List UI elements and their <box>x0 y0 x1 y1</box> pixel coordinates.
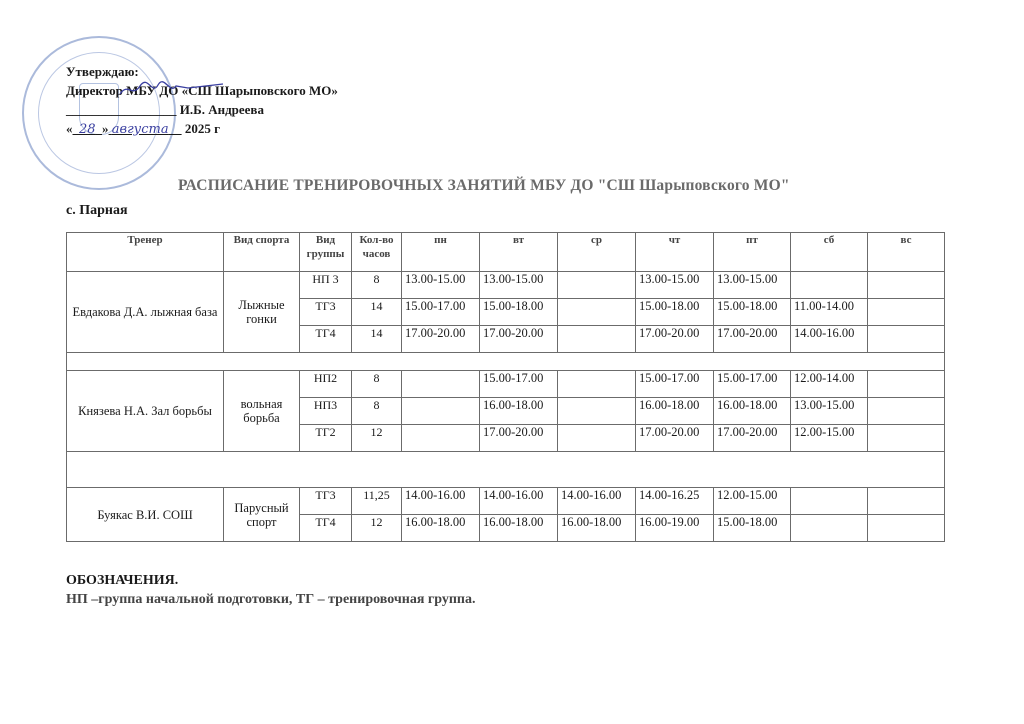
schedule-time-cell <box>868 398 945 425</box>
hours-cell: 12 <box>352 425 402 452</box>
schedule-time-cell <box>558 398 636 425</box>
schedule-time-cell: 12.00-15.00 <box>714 488 791 515</box>
column-header: Кол-во часов <box>352 233 402 272</box>
schedule-time-cell: 17.00-20.00 <box>714 425 791 452</box>
schedule-time-cell <box>558 299 636 326</box>
column-header: чт <box>636 233 714 272</box>
column-header: вт <box>480 233 558 272</box>
group-cell: НП2 <box>300 371 352 398</box>
schedule-time-cell: 13.00-15.00 <box>714 272 791 299</box>
group-cell: НП3 <box>300 398 352 425</box>
schedule-time-cell <box>558 326 636 353</box>
legend-text: НП –группа начальной подготовки, ТГ – тр… <box>66 590 476 609</box>
schedule-time-cell: 17.00-20.00 <box>636 326 714 353</box>
schedule-time-cell: 13.00-15.00 <box>636 272 714 299</box>
hours-cell: 8 <box>352 371 402 398</box>
group-cell: ТГ4 <box>300 515 352 542</box>
schedule-time-cell <box>868 488 945 515</box>
schedule-time-cell: 15.00-17.00 <box>714 371 791 398</box>
spacer-row <box>67 452 945 488</box>
coach-cell: Буякас В.И. СОШ <box>67 488 224 542</box>
schedule-time-cell: 16.00-18.00 <box>480 515 558 542</box>
spacer-cell <box>67 353 945 371</box>
schedule-time-cell <box>558 425 636 452</box>
schedule-time-cell <box>791 488 868 515</box>
table-row: Князева Н.А. Зал борьбывольная борьбаНП2… <box>67 371 945 398</box>
schedule-time-cell: 17.00-20.00 <box>402 326 480 353</box>
date-day: 28 <box>79 122 96 137</box>
column-header: пн <box>402 233 480 272</box>
hours-cell: 14 <box>352 326 402 353</box>
date-month: августа <box>112 122 169 137</box>
hours-cell: 11,25 <box>352 488 402 515</box>
column-header: вс <box>868 233 945 272</box>
location-label: с. Парная <box>66 203 128 219</box>
schedule-time-cell: 15.00-18.00 <box>714 515 791 542</box>
sport-cell: Парусный спорт <box>224 488 300 542</box>
spacer-row <box>67 353 945 371</box>
legend-heading: ОБОЗНАЧЕНИЯ. <box>66 571 476 590</box>
schedule-time-cell <box>868 425 945 452</box>
group-cell: ТГ4 <box>300 326 352 353</box>
schedule-time-cell: 16.00-18.00 <box>480 398 558 425</box>
schedule-time-cell: 11.00-14.00 <box>791 299 868 326</box>
coach-cell: Князева Н.А. Зал борьбы <box>67 371 224 452</box>
schedule-time-cell: 16.00-18.00 <box>558 515 636 542</box>
group-cell: ТГ3 <box>300 299 352 326</box>
sport-cell: вольная борьба <box>224 371 300 452</box>
schedule-table: ТренерВид спортаВид группыКол-во часовпн… <box>66 232 945 542</box>
schedule-time-cell <box>791 515 868 542</box>
schedule-time-cell: 15.00-17.00 <box>402 299 480 326</box>
schedule-time-cell: 13.00-15.00 <box>402 272 480 299</box>
table-row: Буякас В.И. СОШПарусный спортТГ311,2514.… <box>67 488 945 515</box>
column-header: Тренер <box>67 233 224 272</box>
schedule-time-cell: 15.00-17.00 <box>480 371 558 398</box>
schedule-time-cell: 14.00-16.00 <box>480 488 558 515</box>
column-header: ср <box>558 233 636 272</box>
schedule-time-cell: 12.00-15.00 <box>791 425 868 452</box>
director-signature-line: _________________ И.Б. Андреева <box>66 100 338 119</box>
schedule-time-cell: 16.00-18.00 <box>714 398 791 425</box>
table-header-row: ТренерВид спортаВид группыКол-во часовпн… <box>67 233 945 272</box>
coach-cell: Евдакова Д.А. лыжная база <box>67 272 224 353</box>
schedule-time-cell <box>868 371 945 398</box>
schedule-time-cell: 16.00-18.00 <box>402 515 480 542</box>
schedule-time-cell <box>558 272 636 299</box>
column-header: Вид группы <box>300 233 352 272</box>
table-row: Евдакова Д.А. лыжная базаЛыжные гонкиНП … <box>67 272 945 299</box>
column-header: Вид спорта <box>224 233 300 272</box>
approval-date: « 28 » августа 2025 г <box>66 119 338 139</box>
schedule-time-cell <box>868 299 945 326</box>
schedule-time-cell <box>791 272 868 299</box>
schedule-time-cell: 15.00-18.00 <box>480 299 558 326</box>
group-cell: НП 3 <box>300 272 352 299</box>
schedule-time-cell <box>402 398 480 425</box>
hours-cell: 8 <box>352 398 402 425</box>
column-header: пт <box>714 233 791 272</box>
column-header: сб <box>791 233 868 272</box>
schedule-time-cell: 14.00-16.00 <box>558 488 636 515</box>
schedule-time-cell: 17.00-20.00 <box>480 326 558 353</box>
approval-heading: Утверждаю: <box>66 62 338 81</box>
legend-block: ОБОЗНАЧЕНИЯ. НП –группа начальной подгот… <box>66 571 476 609</box>
hours-cell: 14 <box>352 299 402 326</box>
approval-block: Утверждаю: Директор МБУ ДО «СШ Шарыповск… <box>66 62 338 139</box>
schedule-time-cell: 15.00-18.00 <box>636 299 714 326</box>
signature-icon <box>118 80 228 100</box>
schedule-time-cell: 17.00-20.00 <box>636 425 714 452</box>
schedule-time-cell: 14.00-16.25 <box>636 488 714 515</box>
schedule-time-cell: 14.00-16.00 <box>791 326 868 353</box>
schedule-time-cell: 13.00-15.00 <box>480 272 558 299</box>
schedule-time-cell <box>402 371 480 398</box>
schedule-time-cell: 16.00-19.00 <box>636 515 714 542</box>
schedule-time-cell <box>558 371 636 398</box>
schedule-time-cell: 17.00-20.00 <box>714 326 791 353</box>
schedule-time-cell: 16.00-18.00 <box>636 398 714 425</box>
document-title: РАСПИСАНИЕ ТРЕНИРОВОЧНЫХ ЗАНЯТИЙ МБУ ДО … <box>178 177 790 195</box>
schedule-time-cell <box>402 425 480 452</box>
hours-cell: 12 <box>352 515 402 542</box>
schedule-time-cell <box>868 326 945 353</box>
schedule-time-cell: 17.00-20.00 <box>480 425 558 452</box>
schedule-time-cell: 15.00-17.00 <box>636 371 714 398</box>
spacer-cell <box>67 452 945 488</box>
group-cell: ТГ3 <box>300 488 352 515</box>
hours-cell: 8 <box>352 272 402 299</box>
group-cell: ТГ2 <box>300 425 352 452</box>
date-year: 2025 г <box>185 121 220 136</box>
schedule-time-cell: 15.00-18.00 <box>714 299 791 326</box>
schedule-time-cell <box>868 272 945 299</box>
schedule-time-cell <box>868 515 945 542</box>
sport-cell: Лыжные гонки <box>224 272 300 353</box>
schedule-time-cell: 13.00-15.00 <box>791 398 868 425</box>
schedule-time-cell: 12.00-14.00 <box>791 371 868 398</box>
schedule-time-cell: 14.00-16.00 <box>402 488 480 515</box>
